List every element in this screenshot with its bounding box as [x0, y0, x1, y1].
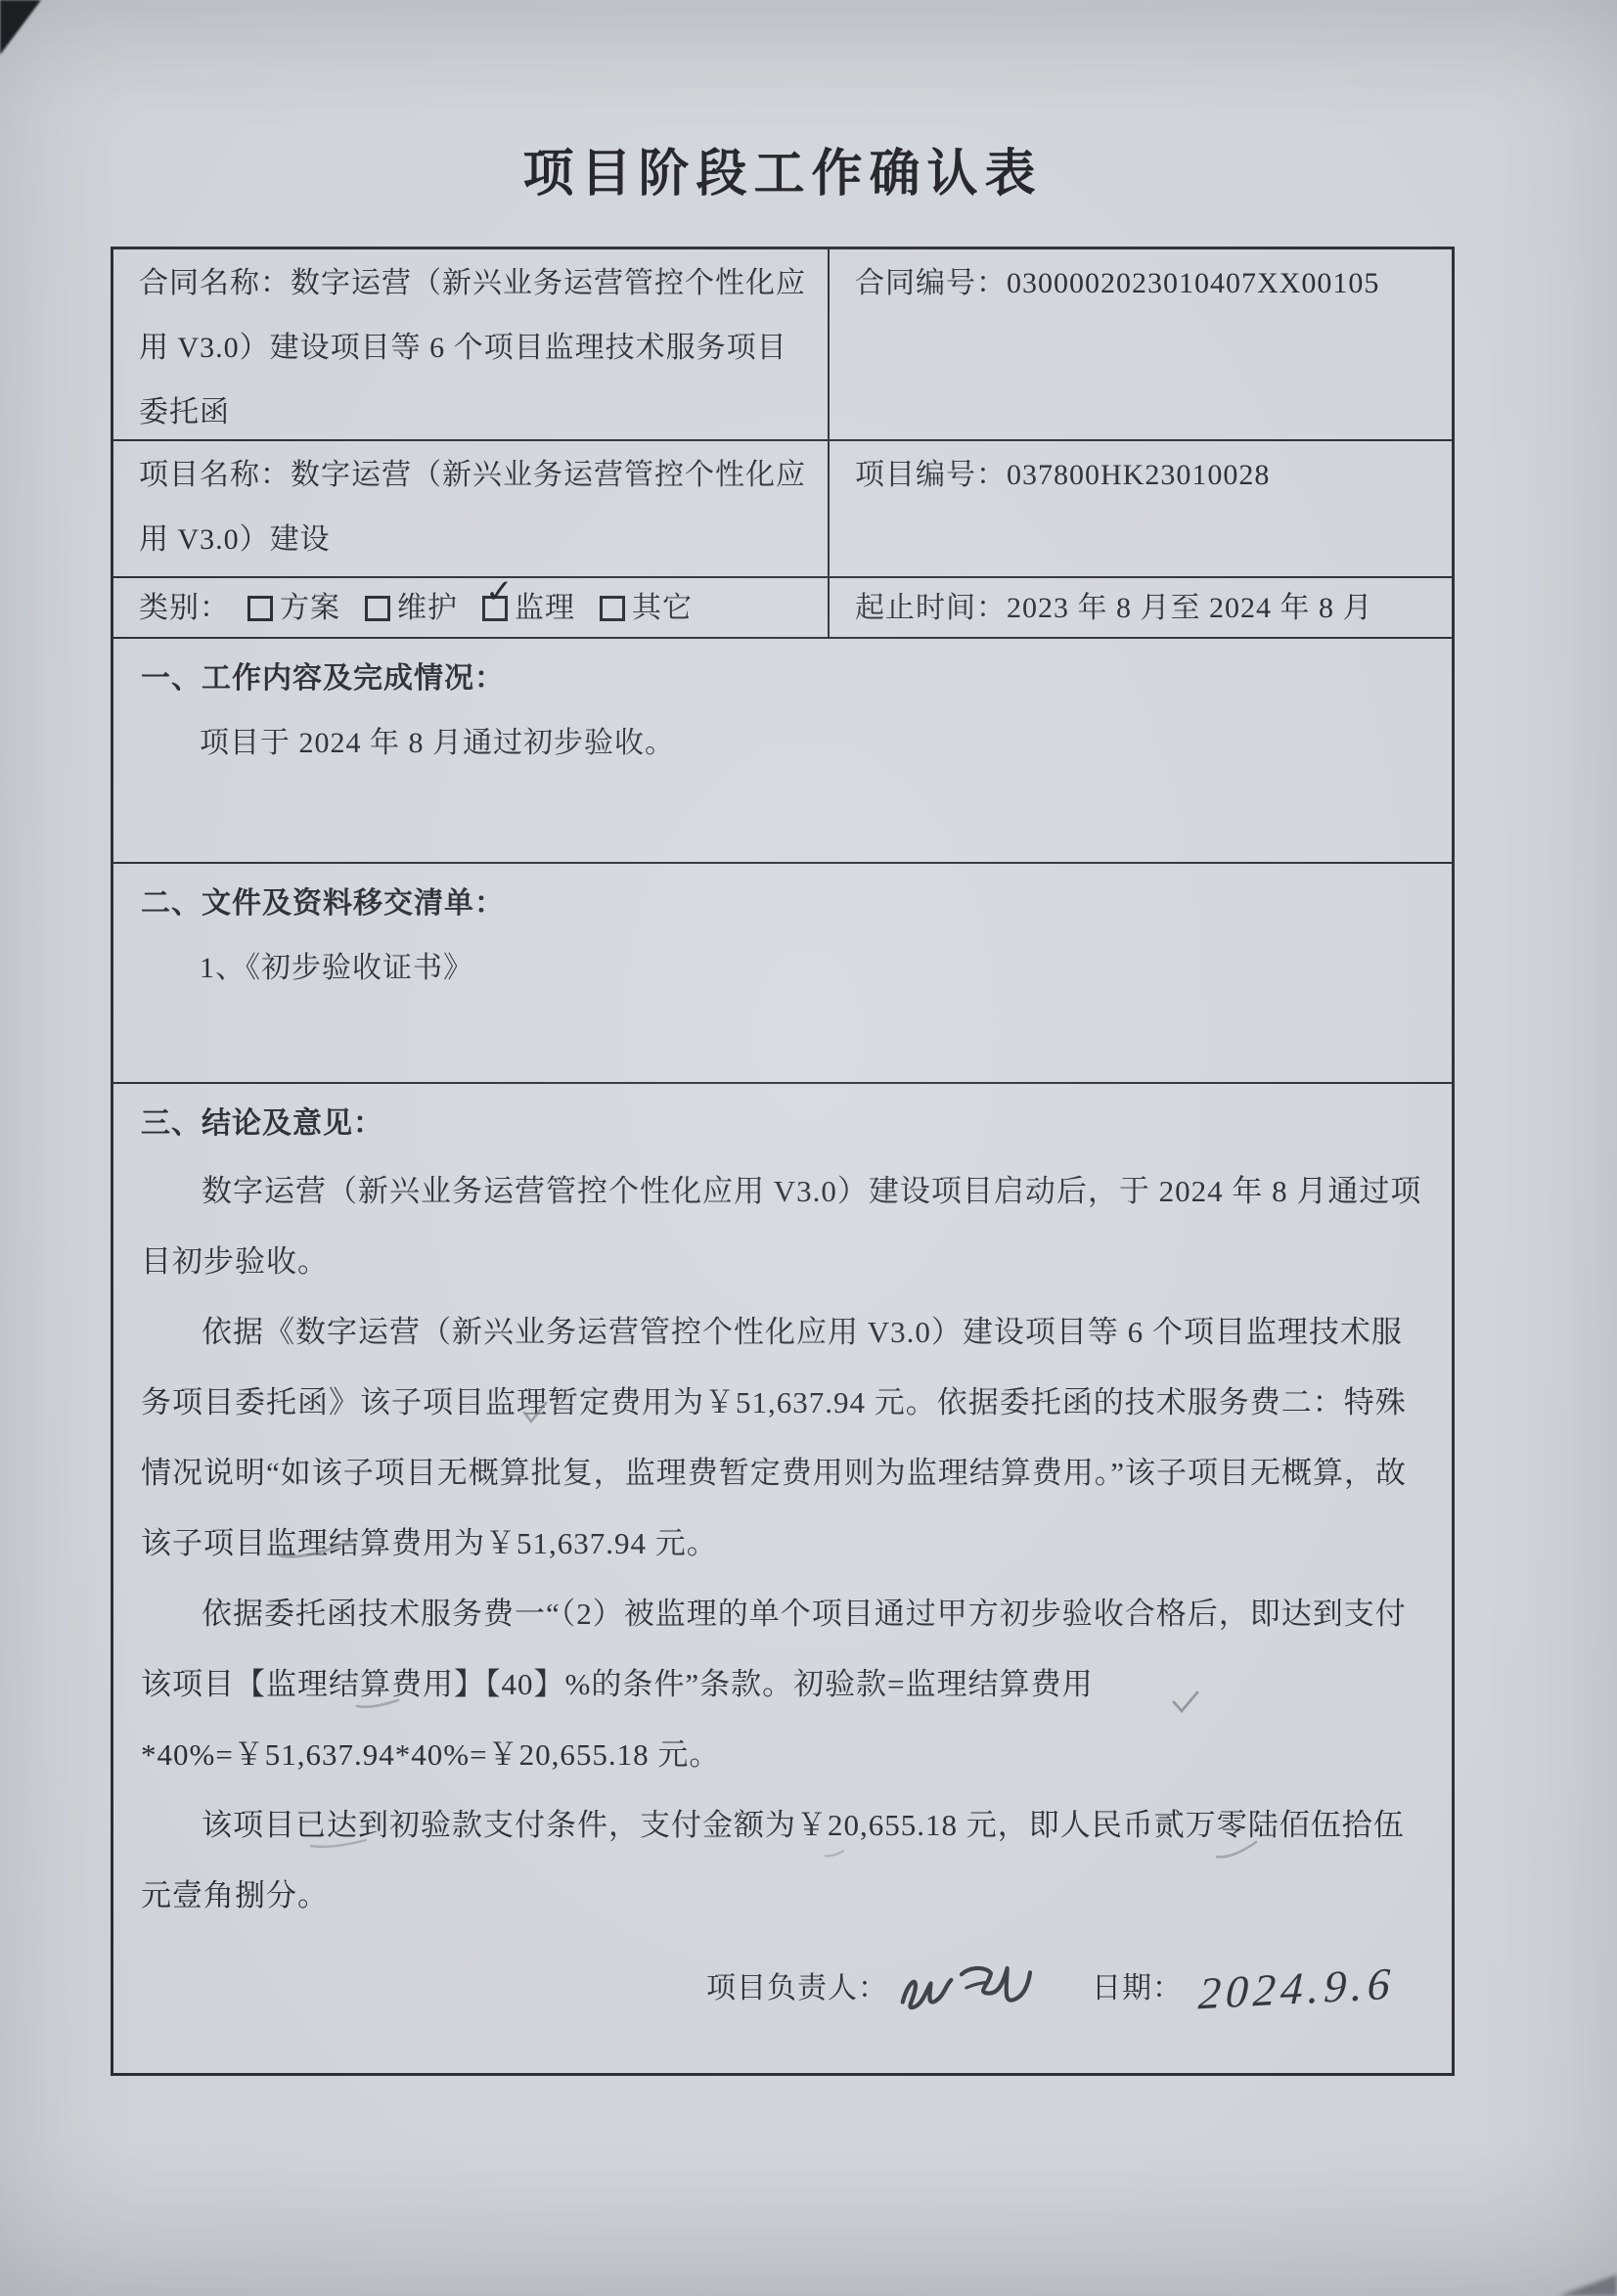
conclusion-paragraph: 依据《数字运营（新兴业务运营管控个性化应用 V3.0）建设项目等 6 个项目监理… — [141, 1297, 1428, 1579]
project-no-label: 项目编号： — [855, 459, 1007, 491]
contract-name-label: 合同名称： — [139, 267, 291, 299]
section-work-heading: 一、工作内容及完成情况： — [141, 647, 1428, 711]
contract-no-cell: 合同编号：0300002023010407XX00105 — [830, 249, 1452, 439]
checkbox-unchecked-icon — [247, 596, 273, 621]
table-row-project: 项目名称：数字运营（新兴业务运营管控个性化应用 V3.0）建设 项目编号：037… — [113, 441, 1452, 578]
category-label: 类别： — [139, 592, 230, 624]
category-cell: 类别：方案维护✓监理其它 — [113, 578, 830, 637]
conclusion-paragraph: 数字运营（新兴业务运营管控个性化应用 V3.0）建设项目启动后，于 2024 年… — [141, 1156, 1428, 1297]
date-label: 日期： — [1092, 1959, 1183, 2018]
project-name-label: 项目名称： — [139, 459, 291, 491]
scan-corner-artifact — [1558, 2274, 1617, 2296]
section-handover-heading: 二、文件及资料移交清单： — [141, 872, 1428, 936]
checkbox-unchecked-icon — [365, 596, 390, 621]
project-name-cell: 项目名称：数字运营（新兴业务运营管控个性化应用 V3.0）建设 — [113, 441, 830, 576]
section-conclusion: 三、结论及意见： 数字运营（新兴业务运营管控个性化应用 V3.0）建设项目启动后… — [113, 1084, 1452, 2073]
contract-no-label: 合同编号： — [855, 267, 1007, 299]
document-title: 项目阶段工作确认表 — [111, 132, 1455, 205]
table-row-section-conclusion: 三、结论及意见： 数字运营（新兴业务运营管控个性化应用 V3.0）建设项目启动后… — [113, 1084, 1452, 2073]
check-mark: ✓ — [485, 575, 514, 608]
checkbox-option-other: 其它 — [600, 580, 693, 637]
checkbox-label: 方案 — [280, 592, 340, 624]
section-handover: 二、文件及资料移交清单： 1、《初步验收证书》 — [113, 864, 1452, 1082]
duration-cell: 起止时间：2023 年 8 月至 2024 年 8 月 — [830, 578, 1452, 637]
handwritten-signature — [892, 1958, 1039, 2019]
checkbox-option-maintenance: 维护 — [365, 580, 458, 637]
confirmation-table: 合同名称：数字运营（新兴业务运营管控个性化应用 V3.0）建设项目等 6 个项目… — [111, 247, 1455, 2076]
contract-no-value: 0300002023010407XX00105 — [1007, 267, 1379, 299]
project-no-value: 037800HK23010028 — [1007, 459, 1270, 491]
table-row-section-handover: 二、文件及资料移交清单： 1、《初步验收证书》 — [113, 864, 1452, 1084]
scanned-document-page: { "document": { "title": "项目阶段工作确认表" }, … — [0, 0, 1617, 2296]
checkbox-label: 监理 — [515, 592, 575, 624]
checkbox-unchecked-icon — [600, 596, 625, 621]
handwritten-date: 2024.9.6 — [1197, 1955, 1397, 2024]
scan-corner-artifact — [0, 0, 41, 55]
duration-value: 2023 年 8 月至 2024 年 8 月 — [1007, 592, 1373, 624]
section-work: 一、工作内容及完成情况： 项目于 2024 年 8 月通过初步验收。 — [113, 639, 1452, 862]
signature-row: 项目负责人： 日期： 2024.9.6 — [141, 1958, 1428, 2019]
section-handover-item: 1、《初步验收证书》 — [141, 936, 1428, 1001]
conclusion-paragraph: 该项目已达到初验款支付条件，支付金额为￥20,655.18 元，即人民币贰万零陆… — [141, 1790, 1428, 1931]
table-row-contract: 合同名称：数字运营（新兴业务运营管控个性化应用 V3.0）建设项目等 6 个项目… — [113, 249, 1452, 441]
table-row-category: 类别：方案维护✓监理其它 起止时间：2023 年 8 月至 2024 年 8 月 — [113, 578, 1452, 639]
project-no-cell: 项目编号：037800HK23010028 — [830, 441, 1452, 576]
section-conclusion-heading: 三、结论及意见： — [141, 1092, 1428, 1156]
checkbox-label: 维护 — [397, 592, 458, 624]
checkbox-option-supervision: ✓监理 — [482, 580, 575, 637]
checkbox-checked-icon: ✓ — [482, 596, 508, 621]
checkbox-label: 其它 — [632, 592, 693, 624]
checkbox-option-plan: 方案 — [247, 580, 340, 637]
signer-label: 项目负责人： — [706, 1959, 888, 2018]
conclusion-paragraph: 依据委托函技术服务费一“（2）被监理的单个项目通过甲方初步验收合格后，即达到支付… — [141, 1579, 1428, 1790]
table-row-section-work: 一、工作内容及完成情况： 项目于 2024 年 8 月通过初步验收。 — [113, 639, 1452, 864]
section-work-body: 项目于 2024 年 8 月通过初步验收。 — [141, 711, 1428, 776]
contract-name-cell: 合同名称：数字运营（新兴业务运营管控个性化应用 V3.0）建设项目等 6 个项目… — [113, 249, 830, 439]
duration-label: 起止时间： — [855, 592, 1007, 624]
